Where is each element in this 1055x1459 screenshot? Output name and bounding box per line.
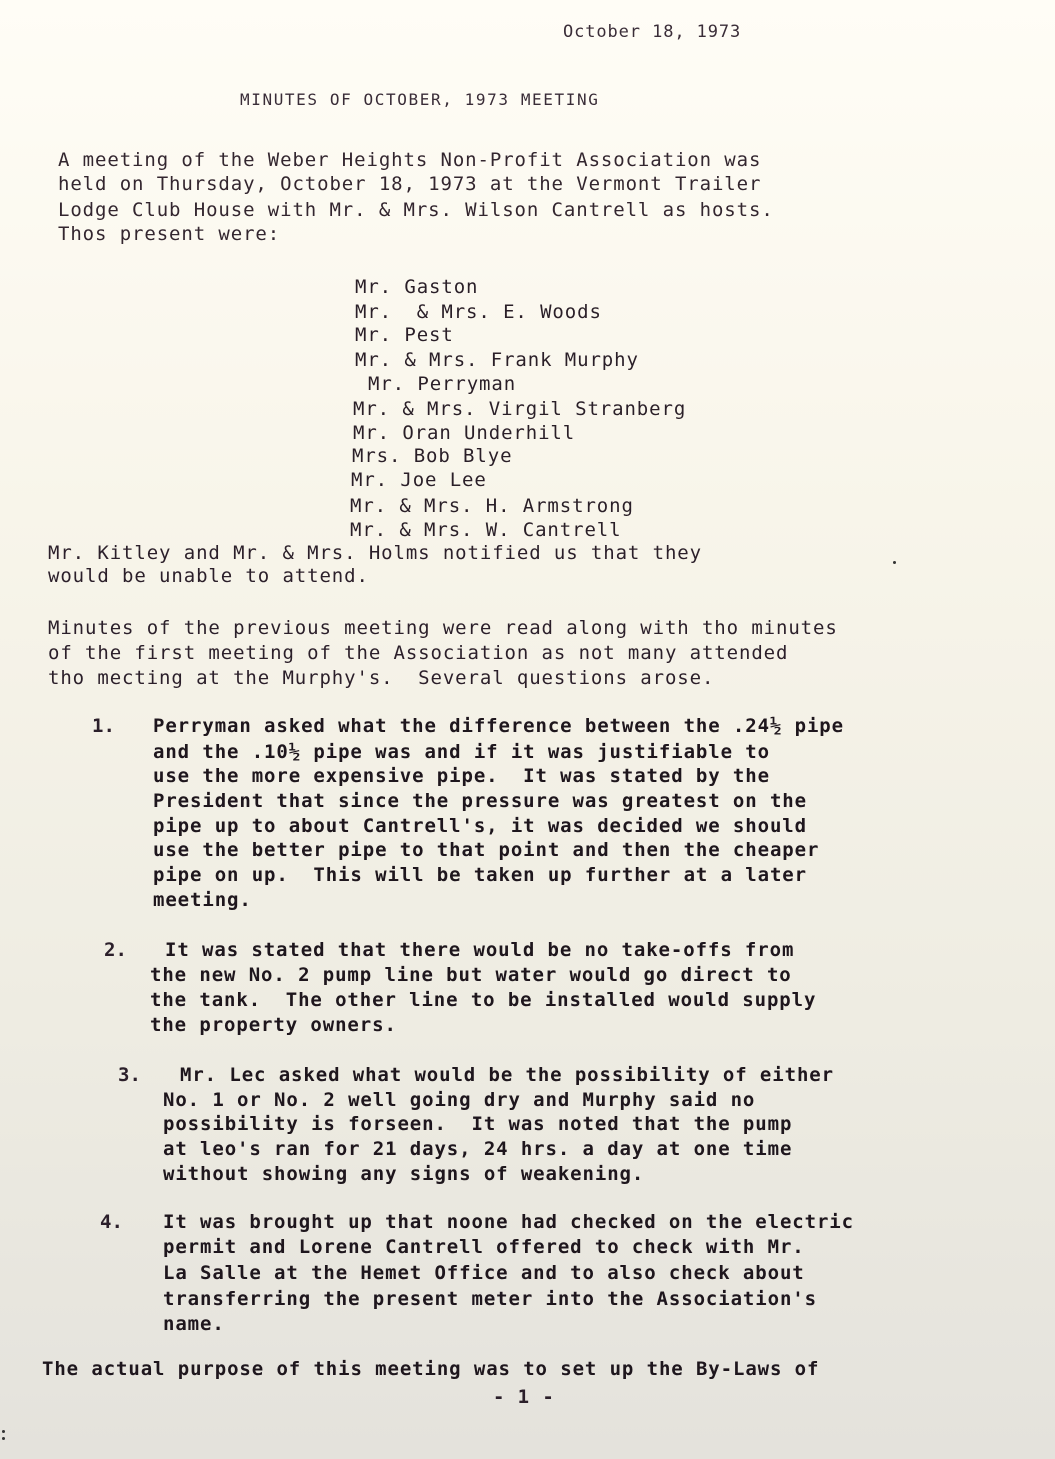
intro-line: Thos present were: bbox=[58, 222, 280, 246]
item-line: permit and Lorene Cantrell offered to ch… bbox=[163, 1235, 805, 1259]
minutes-line: of the first meeting of the Association … bbox=[48, 641, 788, 665]
item-line: No. 1 or No. 2 well going dry and Murphy… bbox=[163, 1088, 755, 1112]
item-line: the new No. 2 pump line but water would … bbox=[150, 963, 792, 987]
attendee: Mr. Perryman bbox=[368, 372, 516, 396]
item-line: possibility is forseen. It was noted tha… bbox=[163, 1112, 792, 1136]
item-line: the property owners. bbox=[150, 1013, 397, 1037]
item-line: pipe on up. This will be taken up furthe… bbox=[153, 863, 807, 887]
document-title: MINUTES OF OCTOBER, 1973 MEETING bbox=[240, 88, 599, 112]
item-number: 4. bbox=[100, 1210, 123, 1234]
page-number: - 1 - bbox=[493, 1385, 555, 1409]
attendee: Mr. Gaston bbox=[355, 275, 478, 299]
attendee: Mr. & Mrs. Virgil Stranberg bbox=[353, 397, 686, 421]
item-line: pipe up to about Cantrell's, it was deci… bbox=[153, 814, 807, 838]
absent-line: would be unable to attend. bbox=[48, 564, 369, 588]
item-line: It was stated that there would be no tak… bbox=[165, 938, 794, 962]
item-line: use the more expensive pipe. It was stat… bbox=[153, 764, 770, 788]
item-line: and the .10½ pipe was and if it was just… bbox=[153, 740, 770, 764]
item-line: transferring the present meter into the … bbox=[163, 1287, 817, 1311]
attendee: Mr. Joe Lee bbox=[351, 468, 487, 492]
item-number: 2. bbox=[104, 938, 127, 962]
attendee: Mr. & Mrs. H. Armstrong bbox=[350, 494, 634, 518]
item-line: at leo's ran for 21 days, 24 hrs. a day … bbox=[163, 1137, 792, 1161]
item-line: It was brought up that noone had checked… bbox=[163, 1210, 854, 1234]
item-line: without showing any signs of weakening. bbox=[163, 1162, 644, 1186]
paper-speck bbox=[2, 1430, 5, 1433]
item-line: name. bbox=[163, 1312, 225, 1336]
absent-line: Mr. Kitley and Mr. & Mrs. Holms notified… bbox=[48, 541, 702, 565]
document-page: October 18, 1973 MINUTES OF OCTOBER, 197… bbox=[0, 0, 1055, 1459]
item-number: 1. bbox=[92, 714, 115, 738]
paper-speck bbox=[893, 561, 896, 564]
item-line: President that since the pressure was gr… bbox=[153, 789, 807, 813]
attendee: Mr. Oran Underhill bbox=[353, 421, 575, 445]
attendee: Mr. & Mrs. Frank Murphy bbox=[355, 348, 639, 372]
paper-speck bbox=[2, 1437, 5, 1440]
intro-line: held on Thursday, October 18, 1973 at th… bbox=[58, 172, 761, 196]
item-number: 3. bbox=[118, 1063, 141, 1087]
document-date: October 18, 1973 bbox=[563, 20, 741, 44]
item-line: use the better pipe to that point and th… bbox=[153, 838, 819, 862]
item-line: La Salle at the Hemet Office and to also… bbox=[163, 1261, 805, 1285]
minutes-line: Minutes of the previous meeting were rea… bbox=[48, 616, 838, 640]
attendee: Mr. & Mrs. E. Woods bbox=[355, 300, 602, 324]
attendee: Mr. & Mrs. W. Cantrell bbox=[350, 518, 621, 542]
attendee: Mr. Pest bbox=[355, 323, 454, 347]
attendee: Mrs. Bob Blye bbox=[352, 444, 512, 468]
intro-line: Lodge Club House with Mr. & Mrs. Wilson … bbox=[58, 198, 774, 222]
item-line: Mr. Lec asked what would be the possibil… bbox=[180, 1063, 834, 1087]
item-line: Perryman asked what the difference betwe… bbox=[153, 714, 844, 738]
item-line: meeting. bbox=[153, 888, 252, 912]
intro-line: A meeting of the Weber Heights Non-Profi… bbox=[58, 148, 761, 172]
minutes-line: tho mecting at the Murphy's. Several que… bbox=[48, 666, 714, 690]
item-line: the tank. The other line to be installed… bbox=[150, 988, 816, 1012]
closing-line: The actual purpose of this meeting was t… bbox=[42, 1357, 819, 1381]
